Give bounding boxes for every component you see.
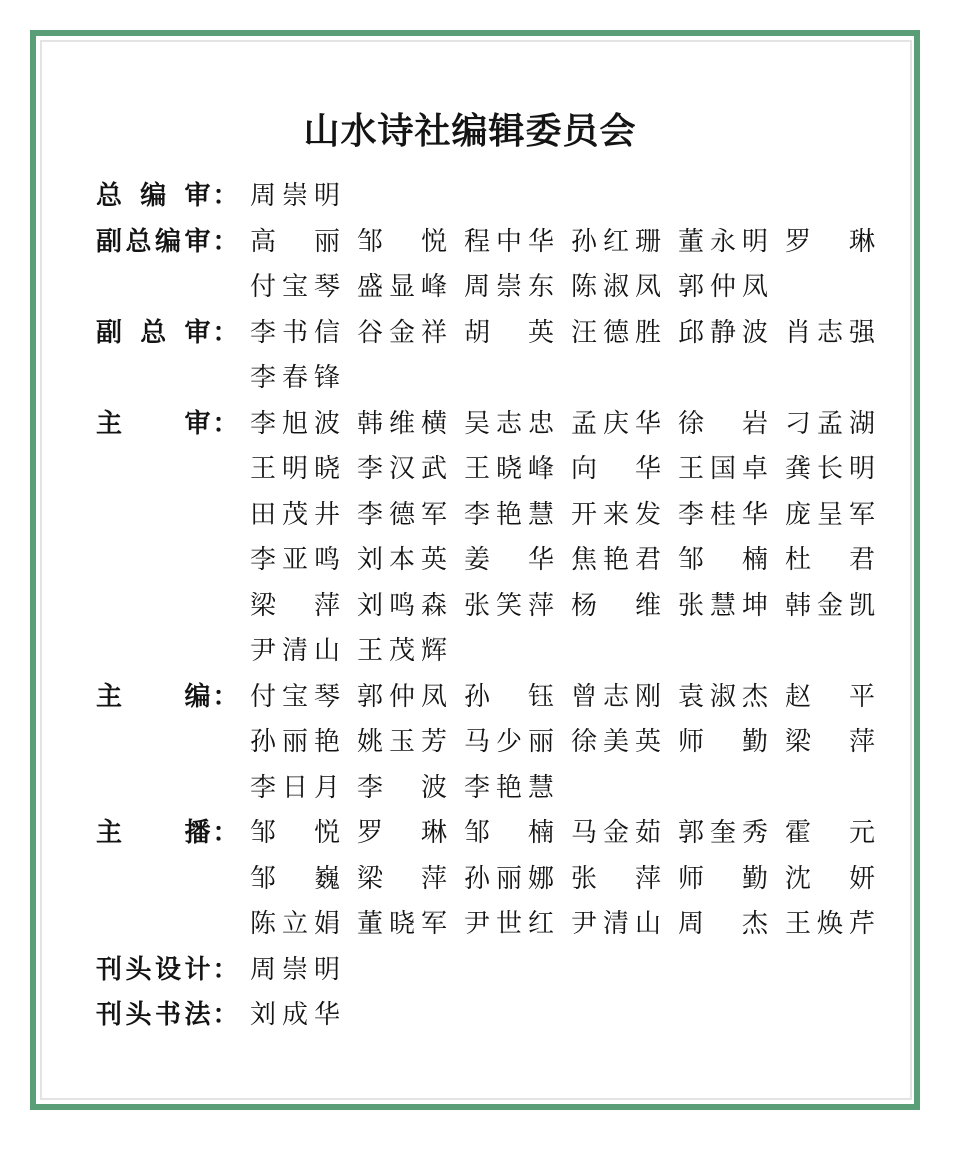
member-name: 徐美英 (571, 720, 661, 766)
member-name: 开来发 (571, 493, 661, 539)
member-name: 焦艳君 (571, 538, 661, 584)
member-name: 赵平 (785, 675, 875, 721)
member-name: 周崇明 (250, 948, 340, 994)
member-name: 罗琳 (785, 220, 875, 266)
role-label: 副总审： (96, 311, 250, 402)
member-name: 罗琳 (357, 811, 447, 857)
member-name: 梁萍 (357, 857, 447, 903)
member-name: 邱静波 (678, 311, 768, 357)
member-name: 王焕芹 (785, 902, 875, 948)
label-colon: ： (211, 993, 251, 1039)
member-name: 曾志刚 (571, 675, 661, 721)
member-name: 张慧坤 (678, 584, 768, 630)
member-name: 马金茹 (571, 811, 661, 857)
member-name: 邹悦 (357, 220, 447, 266)
member-name: 孟庆华 (571, 402, 661, 448)
member-name: 刁孟湖 (785, 402, 875, 448)
member-name: 周崇东 (464, 265, 554, 311)
member-name: 李亚鸣 (250, 538, 340, 584)
committee-section: 副总审：李书信谷金祥胡英汪德胜邱静波肖志强李春锋 (96, 311, 890, 402)
member-name: 韩金凯 (785, 584, 875, 630)
member-name: 王国卓 (678, 447, 768, 493)
member-names: 刘成华 (250, 993, 890, 1039)
member-name: 李德军 (357, 493, 447, 539)
member-name: 李艳慧 (464, 766, 554, 812)
label-colon: ： (211, 948, 251, 994)
member-name: 孙红珊 (571, 220, 661, 266)
member-names: 李书信谷金祥胡英汪德胜邱静波肖志强李春锋 (250, 311, 890, 402)
member-name: 马少丽 (464, 720, 554, 766)
member-name: 袁淑杰 (678, 675, 768, 721)
member-name: 吴志忠 (464, 402, 554, 448)
member-name: 陈淑凤 (571, 265, 661, 311)
member-name: 庞呈军 (785, 493, 875, 539)
member-name: 胡英 (464, 311, 554, 357)
committee-section: 主播：邹悦罗琳邹楠马金茹郭奎秀霍元邹巍梁萍孙丽娜张萍师勤沈妍陈立娟董晓军尹世红尹… (96, 811, 890, 948)
member-name: 刘本英 (357, 538, 447, 584)
member-name: 孙丽娜 (464, 857, 554, 903)
member-names: 邹悦罗琳邹楠马金茹郭奎秀霍元邹巍梁萍孙丽娜张萍师勤沈妍陈立娟董晓军尹世红尹清山周… (250, 811, 890, 948)
member-name: 邹悦 (250, 811, 340, 857)
member-name: 王茂辉 (357, 629, 447, 675)
member-name: 肖志强 (785, 311, 875, 357)
member-name: 梁萍 (250, 584, 340, 630)
member-name: 高丽 (250, 220, 340, 266)
label-colon: ： (211, 174, 251, 220)
role-label: 主播： (96, 811, 250, 948)
member-name: 姜华 (464, 538, 554, 584)
committee-section: 刊头设计：周崇明 (96, 948, 890, 994)
member-name: 邹楠 (464, 811, 554, 857)
member-name: 周杰 (678, 902, 768, 948)
member-name: 李书信 (250, 311, 340, 357)
page-title: 山水诗社编辑委员会 (0, 103, 940, 154)
committee-section: 总编审：周崇明 (96, 174, 890, 220)
member-name: 郭仲凤 (678, 265, 768, 311)
member-name: 李桂华 (678, 493, 768, 539)
member-name: 邹巍 (250, 857, 340, 903)
member-name: 陈立娟 (250, 902, 340, 948)
role-label-text: 刊头书法 (96, 993, 211, 1039)
role-label-text: 主审 (96, 402, 211, 675)
member-name: 刘鸣森 (357, 584, 447, 630)
role-label: 副总编审： (96, 220, 250, 311)
committee-section: 副总编审：高丽邹悦程中华孙红珊董永明罗琳付宝琴盛显峰周崇东陈淑凤郭仲凤 (96, 220, 890, 311)
member-name: 李艳慧 (464, 493, 554, 539)
member-name: 周崇明 (250, 174, 340, 220)
label-colon: ： (211, 811, 251, 948)
role-label-text: 副总审 (96, 311, 211, 402)
role-label-text: 总编审 (96, 174, 211, 220)
member-name: 师勤 (678, 857, 768, 903)
member-name: 郭奎秀 (678, 811, 768, 857)
member-name: 龚长明 (785, 447, 875, 493)
member-name: 向华 (571, 447, 661, 493)
member-name: 李旭波 (250, 402, 340, 448)
label-colon: ： (211, 311, 251, 402)
member-name: 王晓峰 (464, 447, 554, 493)
member-name: 汪德胜 (571, 311, 661, 357)
member-name: 韩维横 (357, 402, 447, 448)
committee-section: 主审：李旭波韩维横吴志忠孟庆华徐岩刁孟湖王明晓李汉武王晓峰向华王国卓龚长明田茂井… (96, 402, 890, 675)
role-label-text: 主编 (96, 675, 211, 812)
committee-list: 总编审：周崇明副总编审：高丽邹悦程中华孙红珊董永明罗琳付宝琴盛显峰周崇东陈淑凤郭… (96, 174, 890, 1039)
member-names: 周崇明 (250, 174, 890, 220)
member-names: 高丽邹悦程中华孙红珊董永明罗琳付宝琴盛显峰周崇东陈淑凤郭仲凤 (250, 220, 890, 311)
member-name: 郭仲凤 (357, 675, 447, 721)
member-name: 尹清山 (571, 902, 661, 948)
role-label-text: 副总编审 (96, 220, 211, 311)
role-label-text: 刊头设计 (96, 948, 211, 994)
member-name: 尹清山 (250, 629, 340, 675)
member-name: 付宝琴 (250, 265, 340, 311)
member-name: 霍元 (785, 811, 875, 857)
member-name: 李汉武 (357, 447, 447, 493)
member-name: 董永明 (678, 220, 768, 266)
member-name: 付宝琴 (250, 675, 340, 721)
member-names: 付宝琴郭仲凤孙钰曾志刚袁淑杰赵平孙丽艳姚玉芳马少丽徐美英师勤梁萍李日月李波李艳慧 (250, 675, 890, 812)
member-name: 张萍 (571, 857, 661, 903)
label-colon: ： (211, 675, 251, 812)
member-name: 程中华 (464, 220, 554, 266)
member-name: 沈妍 (785, 857, 875, 903)
member-name: 李日月 (250, 766, 340, 812)
member-name: 李波 (357, 766, 447, 812)
role-label: 主编： (96, 675, 250, 812)
member-name: 孙丽艳 (250, 720, 340, 766)
member-name: 杜君 (785, 538, 875, 584)
label-colon: ： (211, 402, 251, 675)
member-name: 李春锋 (250, 356, 340, 402)
member-name: 刘成华 (250, 993, 340, 1039)
member-name: 师勤 (678, 720, 768, 766)
role-label: 总编审： (96, 174, 250, 220)
member-name: 邹楠 (678, 538, 768, 584)
member-name: 梁萍 (785, 720, 875, 766)
member-name: 谷金祥 (357, 311, 447, 357)
committee-section: 刊头书法：刘成华 (96, 993, 890, 1039)
role-label-text: 主播 (96, 811, 211, 948)
member-name: 盛显峰 (357, 265, 447, 311)
committee-section: 主编：付宝琴郭仲凤孙钰曾志刚袁淑杰赵平孙丽艳姚玉芳马少丽徐美英师勤梁萍李日月李波… (96, 675, 890, 812)
member-name: 杨维 (571, 584, 661, 630)
member-name: 孙钰 (464, 675, 554, 721)
role-label: 刊头书法： (96, 993, 250, 1039)
member-names: 李旭波韩维横吴志忠孟庆华徐岩刁孟湖王明晓李汉武王晓峰向华王国卓龚长明田茂井李德军… (250, 402, 890, 675)
member-name: 尹世红 (464, 902, 554, 948)
member-name: 姚玉芳 (357, 720, 447, 766)
member-name: 张笑萍 (464, 584, 554, 630)
member-name: 王明晓 (250, 447, 340, 493)
label-colon: ： (211, 220, 251, 311)
member-name: 田茂井 (250, 493, 340, 539)
member-names: 周崇明 (250, 948, 890, 994)
role-label: 刊头设计： (96, 948, 250, 994)
role-label: 主审： (96, 402, 250, 675)
member-name: 徐岩 (678, 402, 768, 448)
member-name: 董晓军 (357, 902, 447, 948)
